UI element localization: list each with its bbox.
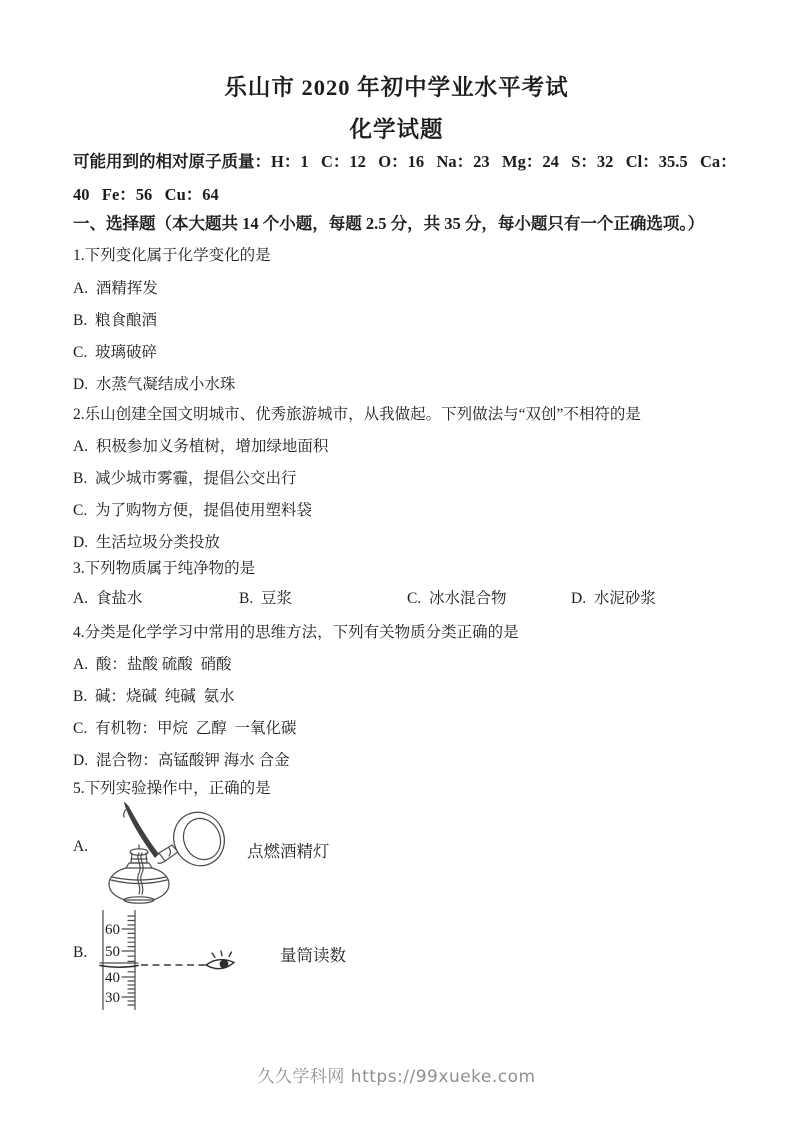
question-5-option-b-figure-row: B. 60 50 40 30 <box>73 910 493 1012</box>
cylinder-scale-30: 30 <box>105 990 120 1006</box>
cylinder-scale-40: 40 <box>105 970 120 986</box>
question-4-option-a: A. 酸：盐酸 硫酸 硝酸 <box>73 652 733 674</box>
cylinder-scale-60: 60 <box>105 922 120 938</box>
atomic-mass-line-2: 40 Fe：56 Cu：64 <box>73 181 733 205</box>
question-2-option-a: A. 积极参加义务植树，增加绿地面积 <box>73 434 733 456</box>
cylinder-scale-50: 50 <box>105 944 120 960</box>
question-3-option-a: A. 食盐水 <box>73 586 239 608</box>
question-3-option-b: B. 豆浆 <box>239 586 407 608</box>
alcohol-lamp-figure <box>95 796 247 906</box>
atomic-mass-line-1: 可能用到的相对原子质量：H：1 C：12 O：16 Na：23 Mg：24 S：… <box>73 148 733 172</box>
eye-icon <box>206 951 234 969</box>
question-5-option-b-caption: 量筒读数 <box>280 942 346 966</box>
question-5-option-a-figure-row: A. <box>73 796 493 908</box>
graduated-cylinder-figure: 60 50 40 30 <box>98 910 248 1010</box>
question-4-option-d: D. 混合物：高锰酸钾 海水 合金 <box>73 748 733 770</box>
question-4-stem: 4.分类是化学学习中常用的思维方法，下列有关物质分类正确的是 <box>73 620 733 642</box>
question-5-option-b-label: B. <box>73 944 87 962</box>
question-5-stem: 5.下列实验操作中，正确的是 <box>73 776 733 798</box>
exam-paper-page: 乐山市 2020 年初中学业水平考试 化学试题 可能用到的相对原子质量：H：1 … <box>0 0 793 1122</box>
flame-icon <box>124 802 159 858</box>
question-2-option-b: B. 减少城市雾霾，提倡公交出行 <box>73 466 733 488</box>
question-1-option-d: D. 水蒸气凝结成小水珠 <box>73 372 733 394</box>
question-3-option-d: D. 水泥砂浆 <box>571 586 656 608</box>
section-heading: 一、选择题（本大题共 14 个小题，每题 2.5 分，共 35 分，每小题只有一… <box>73 210 733 234</box>
question-2-stem: 2.乐山创建全国文明城市、优秀旅游城市，从我做起。下列做法与“双创”不相符的是 <box>73 402 733 424</box>
question-5-option-a-caption: 点燃酒精灯 <box>247 838 330 862</box>
question-2-option-c: C. 为了购物方便，提倡使用塑料袋 <box>73 498 733 520</box>
page-title: 乐山市 2020 年初中学业水平考试 <box>0 70 793 102</box>
question-1-option-b: B. 粮食酿酒 <box>73 308 733 330</box>
question-1-stem: 1.下列变化属于化学变化的是 <box>73 243 733 265</box>
question-1-option-a: A. 酒精挥发 <box>73 276 733 298</box>
question-4-option-b: B. 碱：烧碱 纯碱 氨水 <box>73 684 733 706</box>
question-3-options-row: A. 食盐水B. 豆浆C. 冰水混合物D. 水泥砂浆 <box>73 586 733 608</box>
site-watermark: 久久学科网 https://99xueke.com <box>0 1062 793 1087</box>
question-3-option-c: C. 冰水混合物 <box>407 586 571 608</box>
question-1-option-c: C. 玻璃破碎 <box>73 340 733 362</box>
question-2-option-d: D. 生活垃圾分类投放 <box>73 530 733 552</box>
question-4-option-c: C. 有机物：甲烷 乙醇 一氧化碳 <box>73 716 733 738</box>
question-3-stem: 3.下列物质属于纯净物的是 <box>73 556 733 578</box>
page-subtitle: 化学试题 <box>0 112 793 144</box>
question-5-option-a-label: A. <box>73 838 88 856</box>
